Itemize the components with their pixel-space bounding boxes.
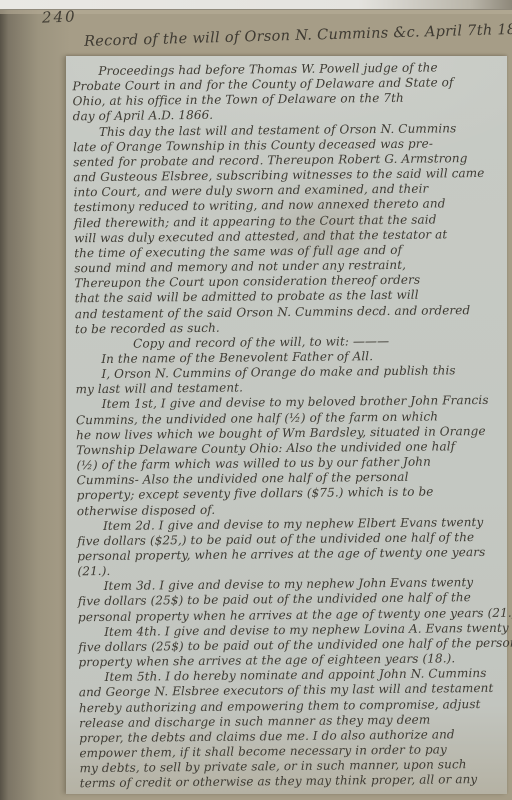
will-record-lines: Proceedings had before Thomas W. Powell … (72, 60, 512, 792)
book-gutter-shadow (0, 0, 70, 800)
page-number: 240 (42, 7, 77, 26)
adjacent-page-edge (0, 0, 512, 10)
